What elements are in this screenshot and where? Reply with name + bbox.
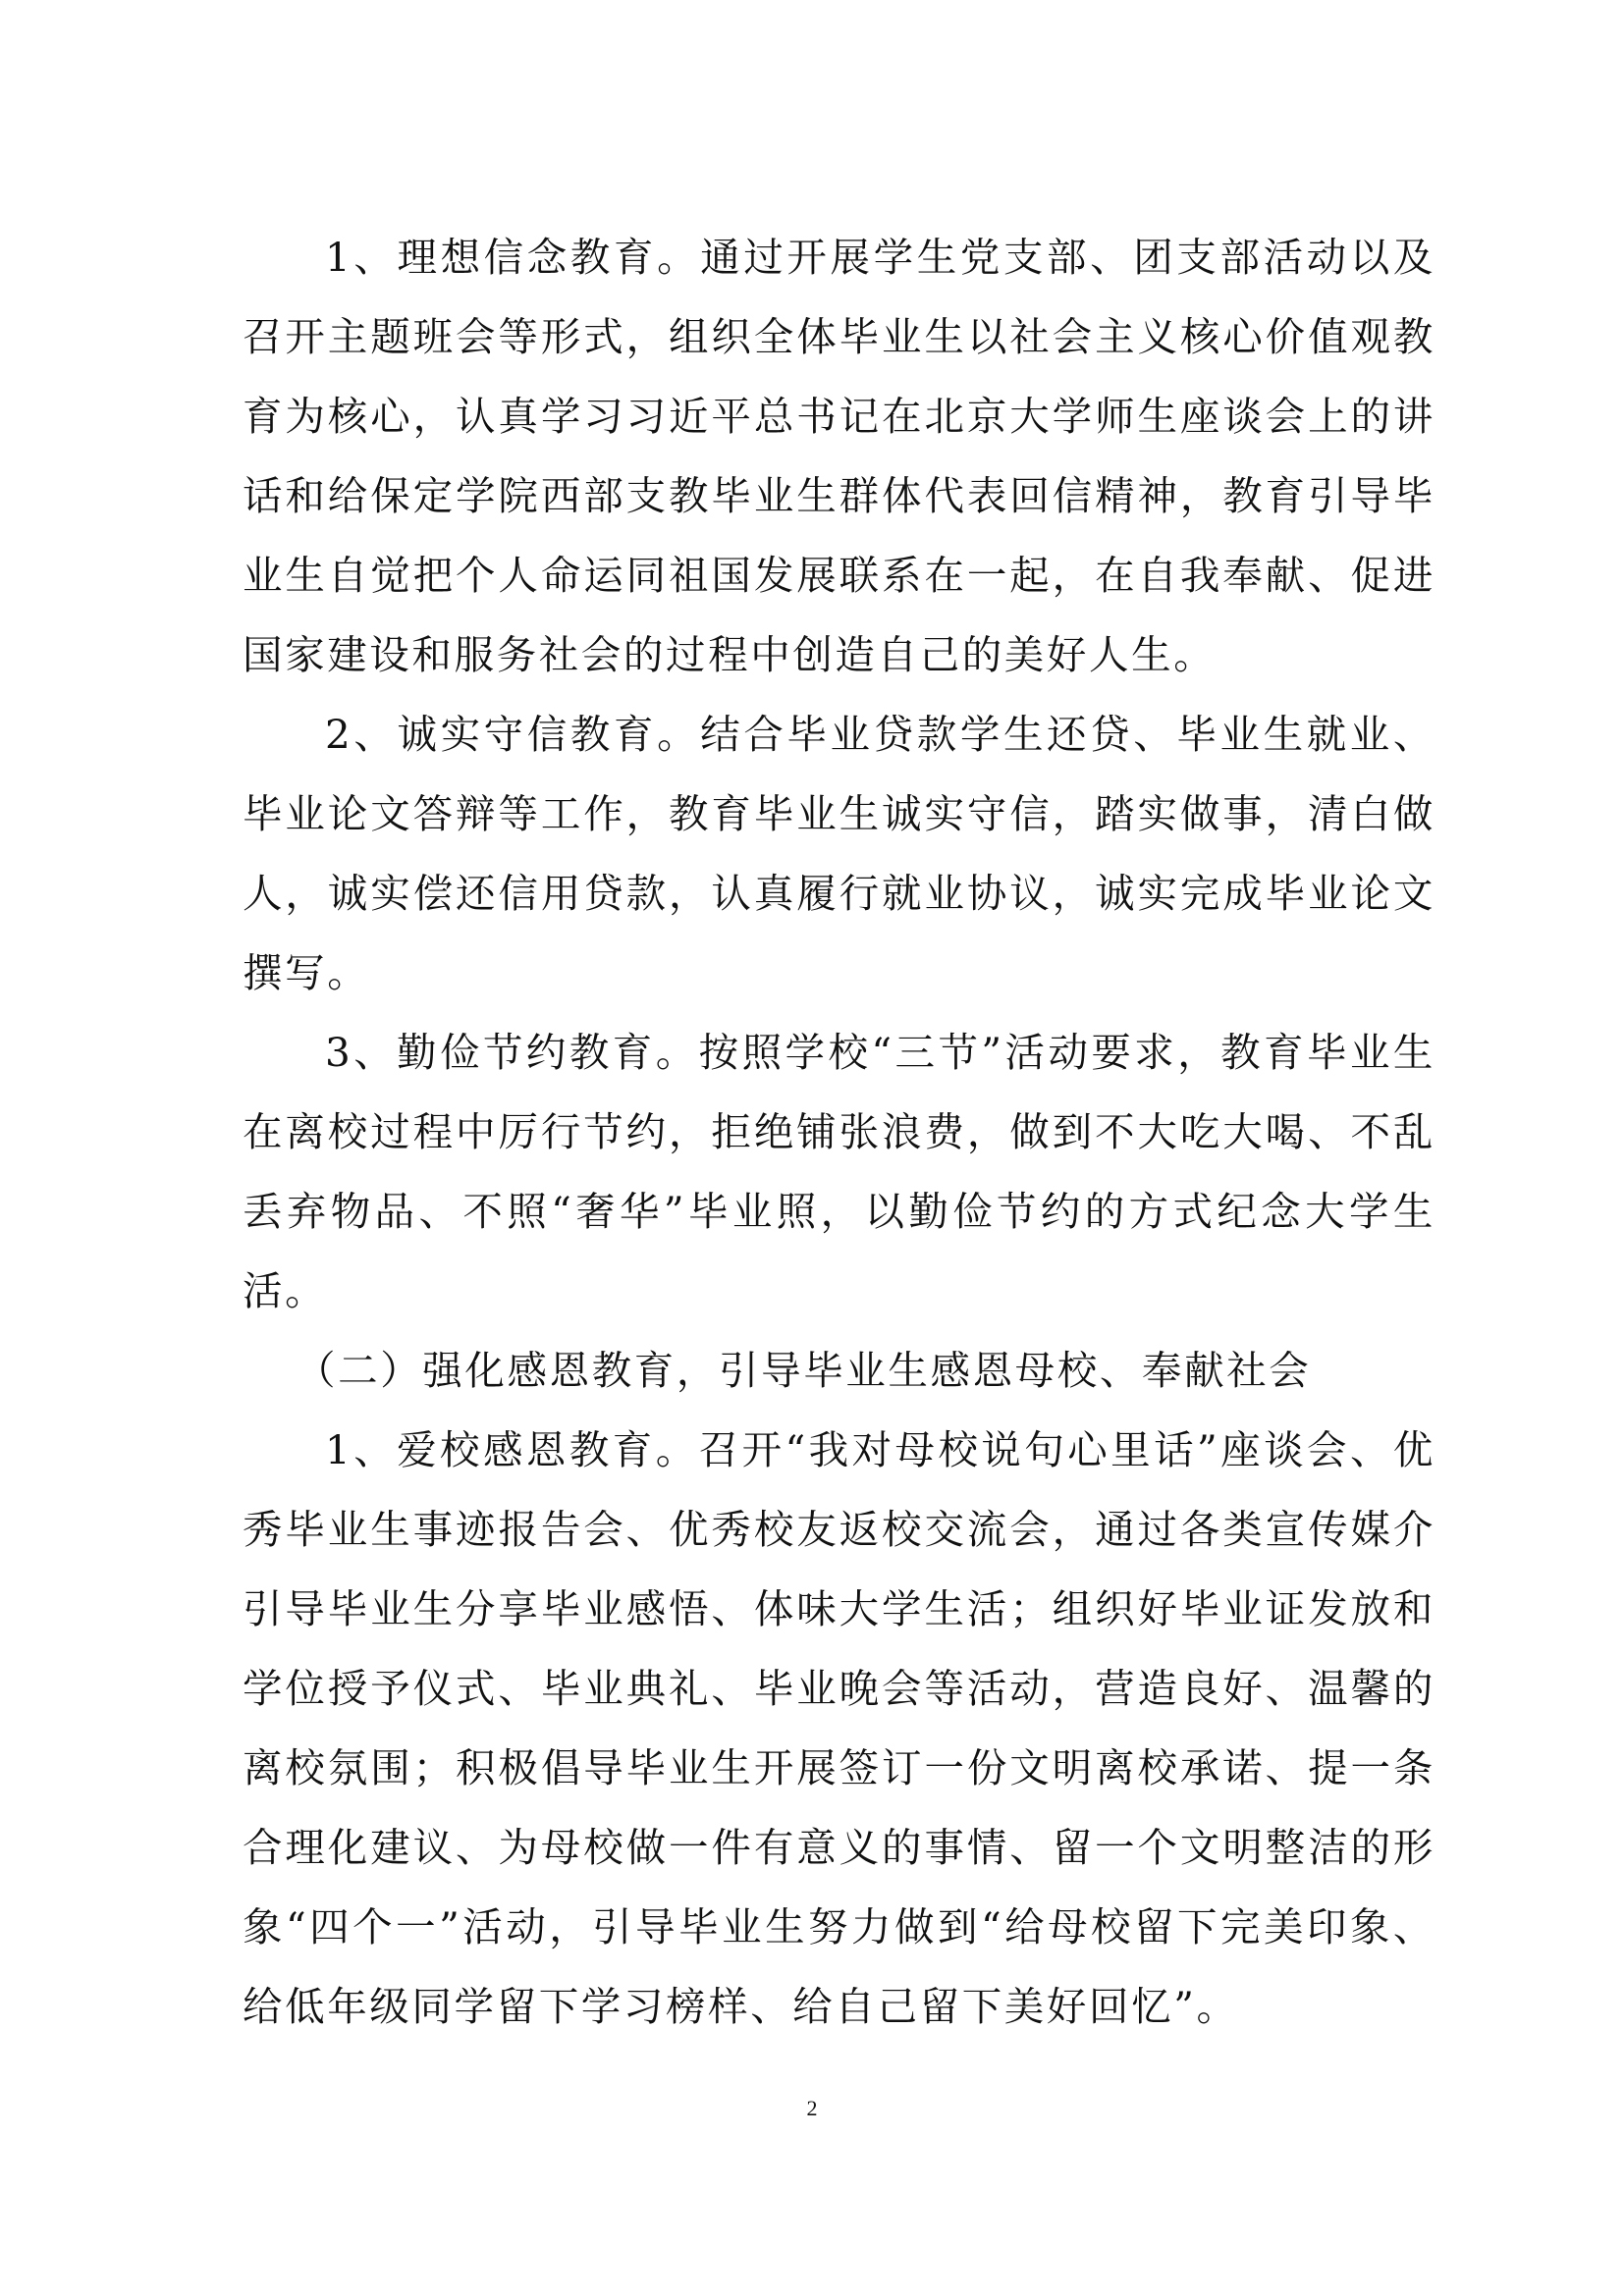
paragraph-school-gratitude-education: 1、爱校感恩教育。召开“我对母校说句心里话”座谈会、优秀毕业生事迹报告会、优秀校… — [243, 1411, 1435, 2047]
paragraph-honesty-education: 2、诚实守信教育。结合毕业贷款学生还贷、毕业生就业、毕业论文答辩等工作，教育毕业… — [243, 695, 1435, 1013]
page-number: 2 — [0, 2094, 1624, 2123]
document-body: 1、理想信念教育。通过开展学生党支部、团支部活动以及召开主题班会等形式，组织全体… — [243, 218, 1435, 2047]
section-heading-gratitude: （二）强化感恩教育，引导毕业生感恩母校、奉献社会 — [243, 1331, 1435, 1411]
document-page: 1、理想信念教育。通过开展学生党支部、团支部活动以及召开主题班会等形式，组织全体… — [0, 0, 1624, 2296]
paragraph-thrift-education: 3、勤俭节约教育。按照学校“三节”活动要求，教育毕业生在离校过程中厉行节约，拒绝… — [243, 1013, 1435, 1331]
paragraph-ideals-belief-education: 1、理想信念教育。通过开展学生党支部、团支部活动以及召开主题班会等形式，组织全体… — [243, 218, 1435, 695]
